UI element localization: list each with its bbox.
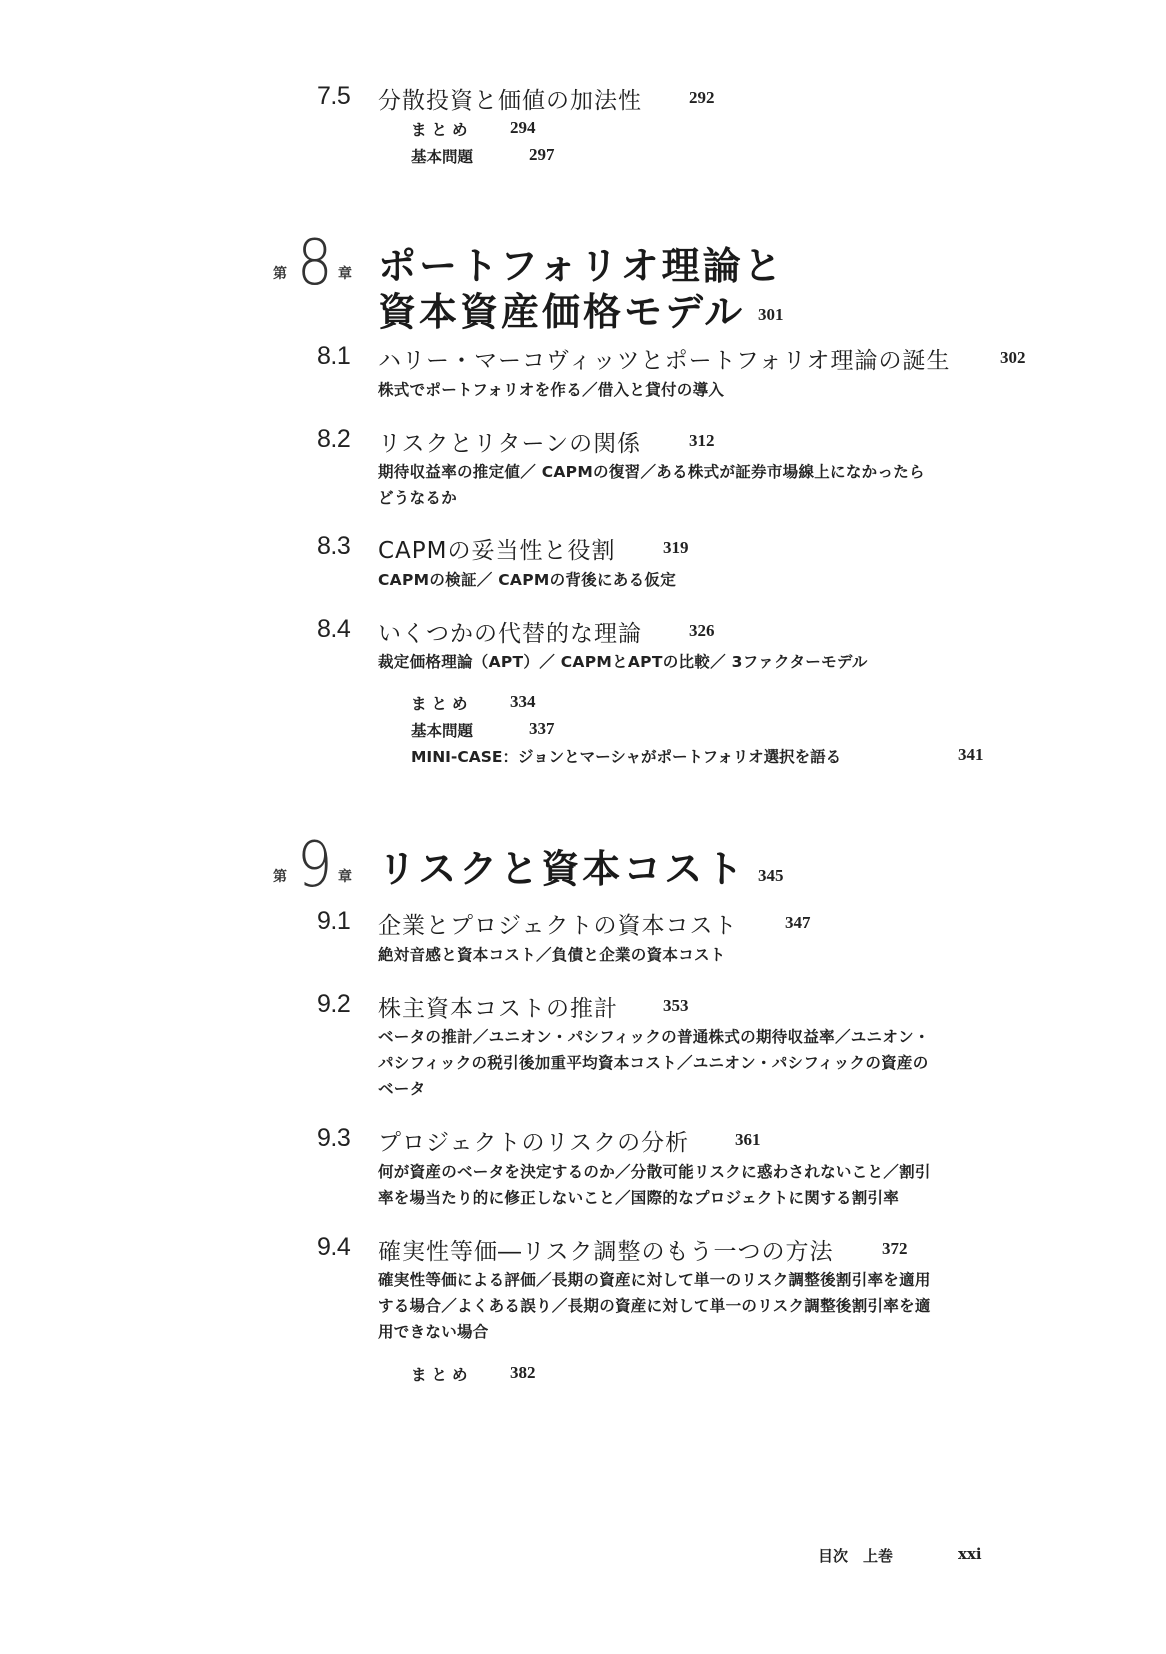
- subtopics-line2: どうなるか: [378, 484, 457, 512]
- section-title: いくつかの代替的な理論: [378, 615, 642, 648]
- section-number: 9.4: [317, 1233, 350, 1262]
- subtopics-line2: する場合／よくある誤り／長期の資産に対して単一のリスク調整後割引率を適: [378, 1292, 931, 1320]
- page-number: 297: [529, 145, 555, 165]
- page-number: 382: [510, 1363, 536, 1383]
- page-number: 319: [663, 538, 689, 558]
- section-number: 8.1: [317, 342, 350, 371]
- section-title: ハリー・マーコヴィッツとポートフォリオ理論の誕生: [378, 342, 951, 375]
- page-number: 345: [758, 866, 784, 886]
- section-number: 9.1: [317, 907, 350, 936]
- section-title: CAPMの妥当性と役割: [378, 532, 616, 565]
- chapter-number: 9: [297, 834, 333, 896]
- subtopics-line1: 期待収益率の推定値／ CAPMの復習／ある株式が証券市場線上になかったら: [378, 458, 925, 486]
- chapter-suffix: 章: [338, 866, 352, 886]
- page-number: 347: [785, 913, 811, 933]
- summary-label: まとめ: [411, 118, 473, 140]
- page-number: 326: [689, 621, 715, 641]
- section-number: 8.2: [317, 425, 350, 454]
- section-number: 8.4: [317, 615, 350, 644]
- page-number: 292: [689, 88, 715, 108]
- subtopics-line2: パシフィックの税引後加重平均資本コスト／ユニオン・パシフィックの資産の: [378, 1049, 929, 1077]
- footer-label: 目次 上巻: [818, 1545, 893, 1566]
- chapter-number: 8: [297, 232, 333, 294]
- page-number: 337: [529, 719, 555, 739]
- summary-label: まとめ: [411, 692, 473, 714]
- section-title: 確実性等価―リスク調整のもう一つの方法: [378, 1233, 834, 1266]
- section-title: 企業とプロジェクトの資本コスト: [378, 907, 738, 940]
- chapter-title-line2: 資本資産価格モデル: [378, 288, 745, 336]
- subtopics: 株式でポートフォリオを作る／借入と貸付の導入: [378, 376, 724, 404]
- chapter-suffix: 章: [338, 263, 352, 283]
- section-title: リスクとリターンの関係: [378, 425, 641, 458]
- footer-page-number: xxi: [958, 1545, 982, 1563]
- subtopics-line3: 用できない場合: [378, 1318, 489, 1346]
- exercises-label: 基本問題: [411, 145, 473, 167]
- page-number: 372: [882, 1239, 908, 1259]
- subtopics-line1: 何が資産のベータを決定するのか／分散可能リスクに惑わされないこと／割引: [378, 1158, 931, 1186]
- section-title: 株主資本コストの推計: [378, 990, 618, 1023]
- page-number: 341: [958, 745, 984, 765]
- page-number: 353: [663, 996, 689, 1016]
- subtopics-line1: 確実性等価による評価／長期の資産に対して単一のリスク調整後割引率を適用: [378, 1266, 931, 1294]
- exercises-label: 基本問題: [411, 719, 473, 741]
- chapter-prefix: 第: [273, 263, 287, 283]
- summary-label: まとめ: [411, 1363, 473, 1385]
- section-title: 分散投資と価値の加法性: [378, 82, 642, 115]
- mini-case-label: MINI-CASE：ジョンとマーシャがポートフォリオ選択を語る: [411, 745, 841, 767]
- page-number: 302: [1000, 348, 1026, 368]
- subtopics: 絶対音感と資本コスト／負債と企業の資本コスト: [378, 941, 726, 969]
- subtopics-line2: 率を場当たり的に修正しないこと／国際的なプロジェクトに関する割引率: [378, 1184, 899, 1212]
- page-number: 361: [735, 1130, 761, 1150]
- section-number: 9.3: [317, 1124, 350, 1153]
- page-number: 334: [510, 692, 536, 712]
- section-title: プロジェクトのリスクの分析: [378, 1124, 689, 1157]
- chapter-title-line1: ポートフォリオ理論と: [378, 242, 785, 290]
- section-number: 7.5: [317, 82, 350, 111]
- subtopics-line3: ベータ: [378, 1075, 425, 1103]
- page-number: 294: [510, 118, 536, 138]
- page-number: 312: [689, 431, 715, 451]
- subtopics: CAPMの検証／ CAPMの背後にある仮定: [378, 566, 676, 594]
- page-number: 301: [758, 305, 784, 325]
- subtopics: 裁定価格理論（APT）／ CAPMとAPTの比較／ 3ファクターモデル: [378, 648, 868, 676]
- section-number: 9.2: [317, 990, 350, 1019]
- chapter-title: リスクと資本コスト: [378, 845, 746, 893]
- section-number: 8.3: [317, 532, 350, 561]
- chapter-prefix: 第: [273, 866, 287, 886]
- subtopics-line1: ベータの推計／ユニオン・パシフィックの普通株式の期待収益率／ユニオン・: [378, 1023, 930, 1051]
